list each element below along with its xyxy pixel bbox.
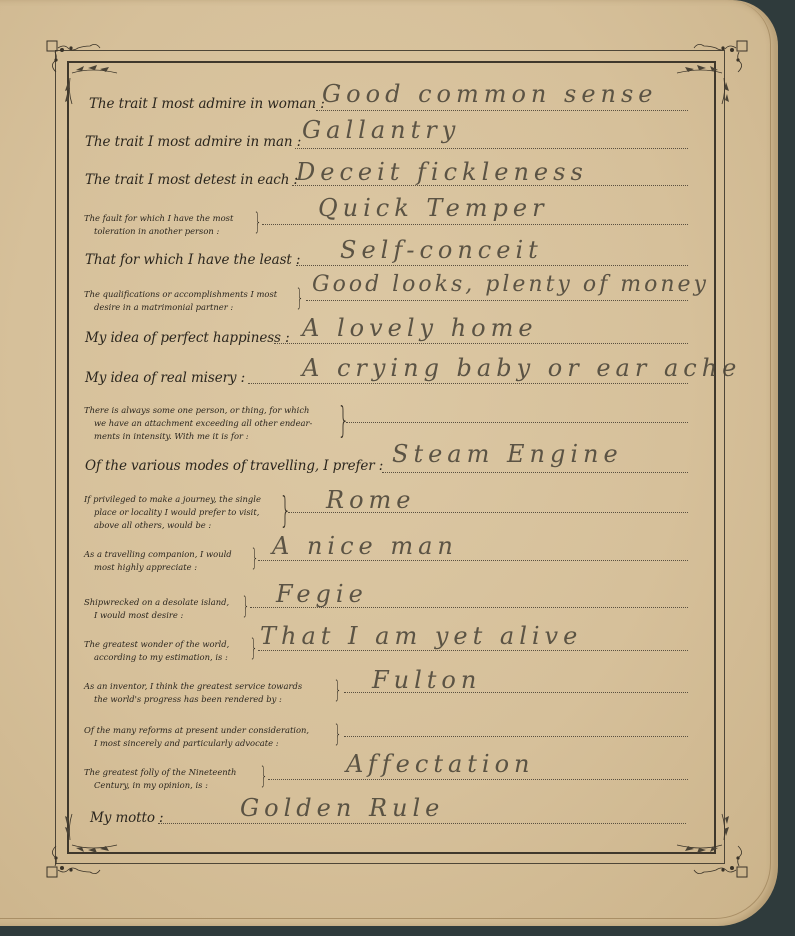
prompt-label: The qualifications or accomplishments I … bbox=[84, 288, 277, 314]
answer-dotted-line bbox=[296, 265, 688, 266]
prompt-label: My motto : bbox=[90, 810, 164, 826]
handwritten-answer: A crying baby or ear ache bbox=[302, 354, 741, 382]
prompt-label: The trait I most admire in woman : bbox=[89, 96, 325, 112]
corner-ornament-bottom-right-icon bbox=[640, 810, 750, 880]
prompt-label: The greatest folly of the Nineteenth Cen… bbox=[84, 766, 236, 792]
prompt-label: That for which I have the least : bbox=[85, 252, 300, 268]
handwritten-answer: Gallantry bbox=[302, 116, 460, 144]
handwritten-answer: Deceit fickleness bbox=[296, 158, 588, 186]
handwritten-answer: Rome bbox=[326, 486, 415, 514]
brace: } bbox=[254, 208, 262, 236]
prompt-label: The trait I most admire in man : bbox=[85, 134, 301, 150]
brace: } bbox=[296, 284, 304, 312]
brace: } bbox=[251, 544, 259, 572]
brace: } bbox=[260, 762, 268, 790]
prompt-label: The greatest wonder of the world, accord… bbox=[84, 638, 229, 664]
answer-dotted-line bbox=[262, 224, 688, 225]
handwritten-answer: Fulton bbox=[372, 666, 481, 694]
answer-dotted-line bbox=[316, 110, 688, 111]
answer-dotted-line bbox=[274, 343, 688, 344]
handwritten-answer: Golden Rule bbox=[240, 794, 444, 822]
answer-dotted-line bbox=[268, 779, 688, 780]
handwritten-answer: Good common sense bbox=[322, 80, 658, 108]
handwritten-answer: Steam Engine bbox=[392, 440, 623, 468]
handwritten-answer: That I am yet alive bbox=[260, 622, 582, 650]
answer-dotted-line bbox=[344, 736, 688, 737]
brace: } bbox=[334, 720, 342, 748]
answer-dotted-line bbox=[295, 148, 688, 149]
prompt-label: As an inventor, I think the greatest ser… bbox=[84, 680, 302, 706]
brace: } bbox=[338, 400, 349, 441]
prompt-label: The trait I most detest in each : bbox=[85, 172, 298, 188]
prompt-label: Of the various modes of travelling, I pr… bbox=[85, 458, 383, 474]
brace: } bbox=[250, 634, 258, 662]
handwritten-answer: Quick Temper bbox=[318, 194, 549, 222]
answer-dotted-line bbox=[258, 560, 688, 561]
answer-dotted-line bbox=[248, 383, 688, 384]
answer-dotted-line bbox=[382, 472, 688, 473]
handwritten-answer: Fegie bbox=[276, 580, 368, 608]
prompt-label: My idea of real misery : bbox=[85, 370, 245, 386]
brace: } bbox=[334, 676, 342, 704]
prompt-label: As a travelling companion, I would most … bbox=[84, 548, 232, 574]
handwritten-answer: Good looks, plenty of money bbox=[312, 272, 709, 297]
prompt-label: If privileged to make a journey, the sin… bbox=[84, 493, 261, 532]
brace: } bbox=[280, 490, 291, 531]
prompt-label: There is always some one person, or thin… bbox=[84, 404, 312, 443]
handwritten-answer: Affectation bbox=[346, 750, 535, 778]
answer-dotted-line bbox=[346, 422, 688, 423]
prompt-label: Shipwrecked on a desolate island, I woul… bbox=[84, 596, 229, 622]
handwritten-answer: A lovely home bbox=[302, 314, 538, 342]
prompt-label: My idea of perfect happiness : bbox=[85, 330, 290, 346]
answer-dotted-line bbox=[306, 300, 688, 301]
handwritten-answer: A nice man bbox=[272, 532, 458, 560]
answer-dotted-line bbox=[258, 650, 688, 651]
prompt-label: Of the many reforms at present under con… bbox=[84, 724, 309, 750]
answer-dotted-line bbox=[158, 823, 686, 824]
brace: } bbox=[242, 592, 250, 620]
prompt-label: The fault for which I have the most tole… bbox=[84, 212, 233, 238]
handwritten-answer: Self-conceit bbox=[340, 236, 543, 264]
